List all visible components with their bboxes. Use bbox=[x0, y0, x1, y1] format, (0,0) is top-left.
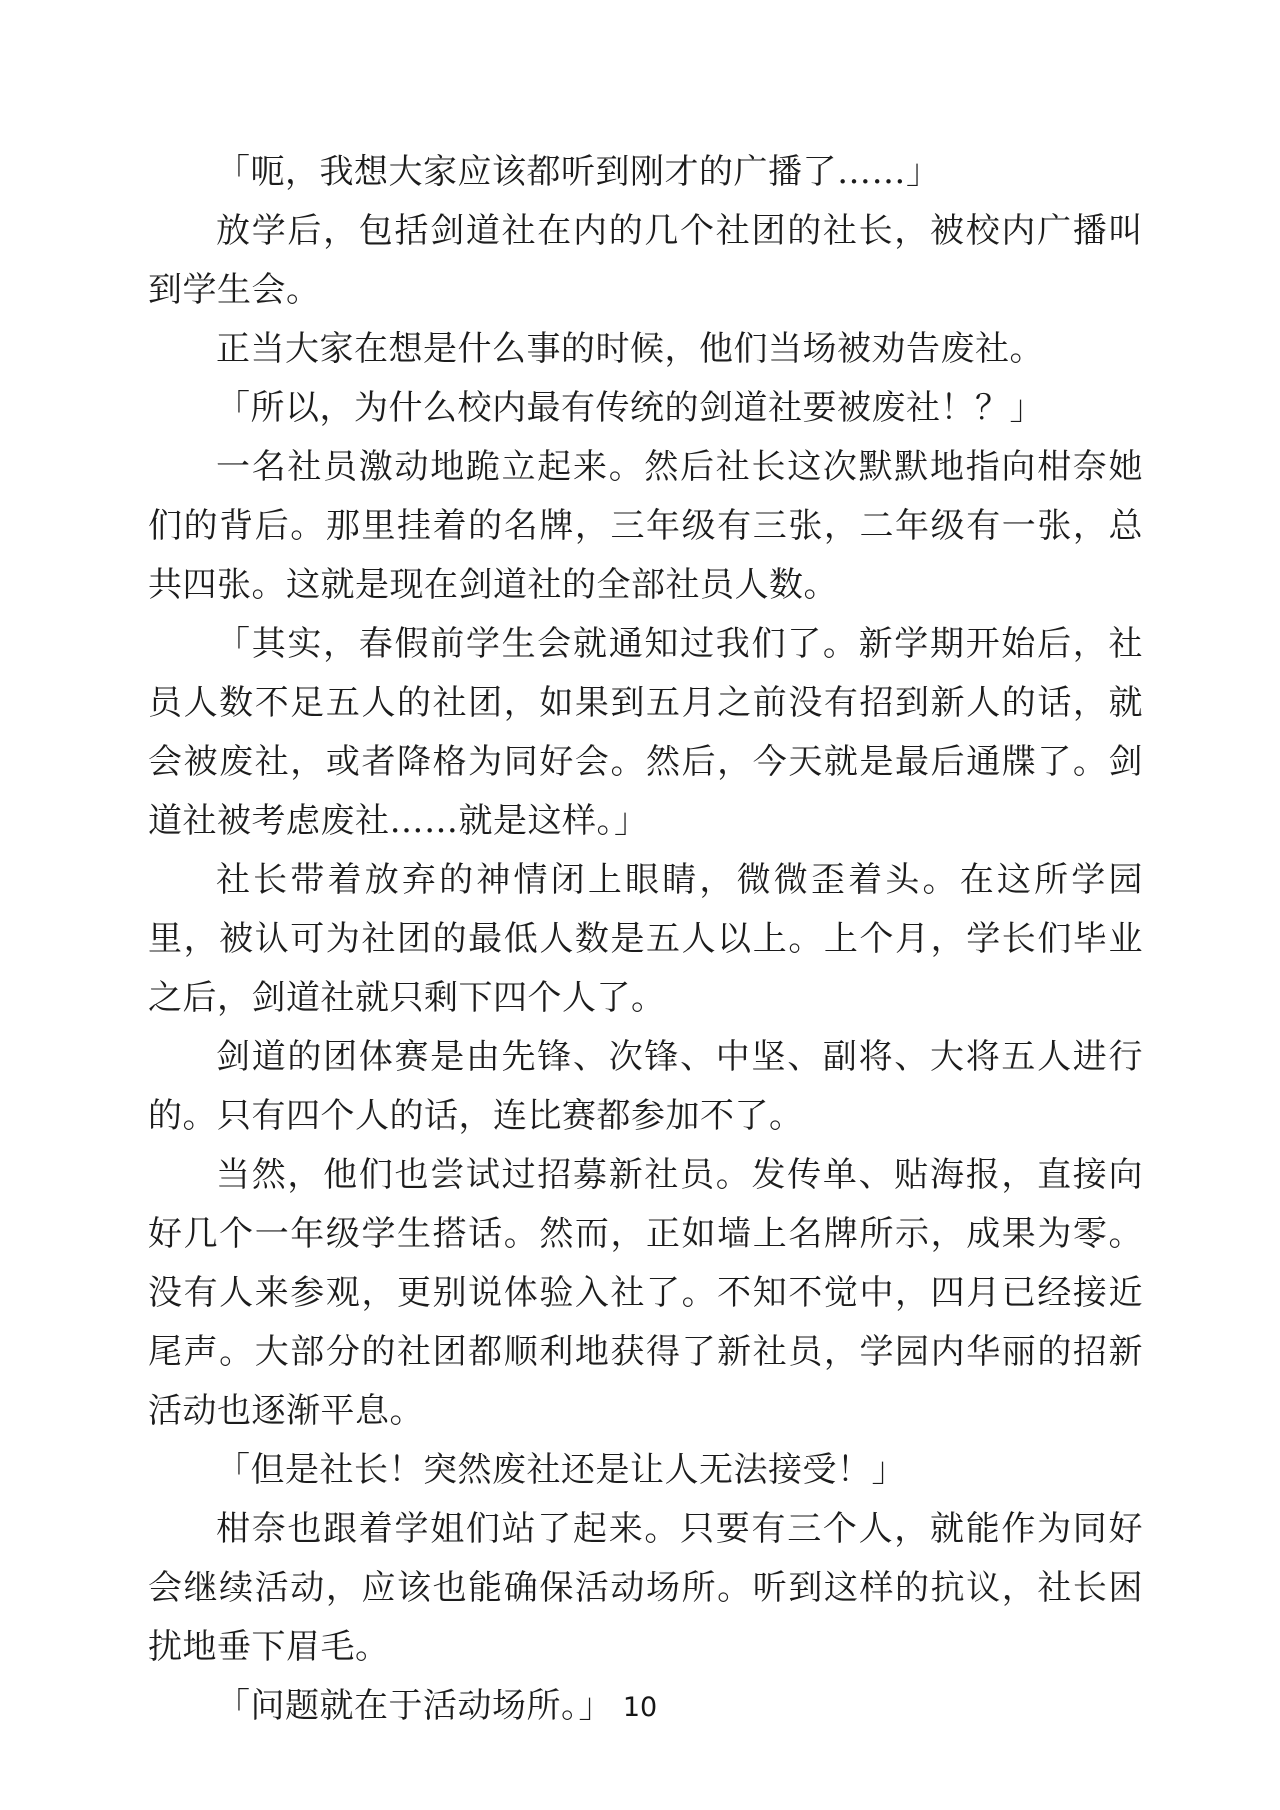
paragraph: 「其实，春假前学生会就通知过我们了。新学期开始后，社员人数不足五人的社团，如果到… bbox=[148, 615, 1143, 851]
page-number: 10 bbox=[0, 1692, 1280, 1724]
paragraph: 「所以，为什么校内最有传统的剑道社要被废社！？」 bbox=[148, 379, 1143, 438]
body-text: 「呃，我想大家应该都听到刚才的广播了……」 放学后，包括剑道社在内的几个社团的社… bbox=[148, 143, 1143, 1736]
paragraph: 社长带着放弃的神情闭上眼睛，微微歪着头。在这所学园里，被认可为社团的最低人数是五… bbox=[148, 851, 1143, 1028]
paragraph: 放学后，包括剑道社在内的几个社团的社长，被校内广播叫到学生会。 bbox=[148, 202, 1143, 320]
paragraph: 一名社员激动地跪立起来。然后社长这次默默地指向柑奈她们的背后。那里挂着的名牌，三… bbox=[148, 438, 1143, 615]
paragraph: 「呃，我想大家应该都听到刚才的广播了……」 bbox=[148, 143, 1143, 202]
document-page: 「呃，我想大家应该都听到刚才的广播了……」 放学后，包括剑道社在内的几个社团的社… bbox=[0, 0, 1280, 1810]
paragraph: 柑奈也跟着学姐们站了起来。只要有三个人，就能作为同好会继续活动，应该也能确保活动… bbox=[148, 1500, 1143, 1677]
paragraph: 剑道的团体赛是由先锋、次锋、中坚、副将、大将五人进行的。只有四个人的话，连比赛都… bbox=[148, 1028, 1143, 1146]
paragraph: 当然，他们也尝试过招募新社员。发传单、贴海报，直接向好几个一年级学生搭话。然而，… bbox=[148, 1146, 1143, 1441]
paragraph: 正当大家在想是什么事的时候，他们当场被劝告废社。 bbox=[148, 320, 1143, 379]
paragraph: 「但是社长！突然废社还是让人无法接受！」 bbox=[148, 1441, 1143, 1500]
